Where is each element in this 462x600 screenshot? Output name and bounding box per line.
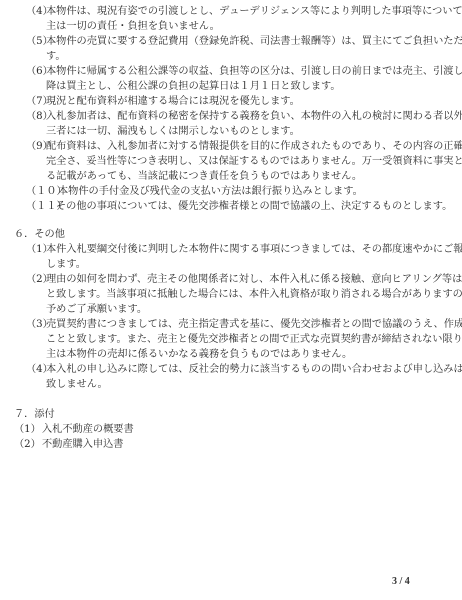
- item-text: ことと致します。また、売主と優先交渉権者との間で正式な売買契約書が締結されない限…: [46, 334, 462, 346]
- item-number: （1）: [14, 424, 41, 436]
- item-text: します。: [46, 259, 86, 271]
- item-text: 本入札の申し込みに際しては、反社会的勢力に該当するものの問い合わせおよび申し込み…: [46, 364, 462, 376]
- item-text: 理由の如何を問わず、売主その他関係者に対し、本件入札に係る接触、意向ヒアリング等…: [46, 274, 462, 286]
- item-text: 本物件に帰属する公租公課等の収益、負担等の区分は、引渡し日の前日までは売主、引渡…: [46, 66, 462, 78]
- item-text: 三者には一切、漏洩もしくは開示しないものとします。: [46, 126, 300, 138]
- item-number: （2）: [14, 439, 41, 451]
- item-text: 本件入札要綱交付後に判明した本物件に関する事項につきましては、その都度速やかにご…: [46, 244, 462, 256]
- item-text: る記載があっても、当該記載につき責任を負うものではありません。: [46, 171, 362, 183]
- attachment-item: 不動産購入申込書: [42, 439, 124, 451]
- attachment-item: 入札不動産の概要書: [42, 424, 134, 436]
- section-heading: ７．添付: [14, 409, 55, 421]
- item-text: 致しません。: [46, 379, 108, 391]
- item-text: 配布資料は、入札参加者に対する情報提供を目的に作成されたものであり、その内容の正…: [46, 141, 462, 153]
- page-number: 3 / 4: [392, 576, 410, 587]
- item-text: 主は本物件の売却に係るいかなる義務を負うものではありません。: [46, 349, 352, 361]
- item-text: 本物件は、現況有姿での引渡しとし、デューデリジェンス等により判明した事項等につい…: [46, 6, 462, 18]
- item-text: その他の事項については、優先交渉権者様との間で協議の上、決定するものとします。: [56, 201, 452, 213]
- item-text: 本物件の売買に要する登記費用（登録免許税、司法書士報酬等）は、買主にてご負担いた…: [46, 36, 462, 48]
- document-page: （4） 本物件は、現況有姿での引渡しとし、デューデリジェンス等により判明した事項…: [0, 0, 462, 600]
- item-text: と致します。当該事項に抵触した場合には、本件入札資格が取り消される場合があります…: [46, 289, 462, 301]
- item-text: 予めご了承願います。: [46, 304, 147, 316]
- item-text: す。: [46, 51, 66, 63]
- item-text: 主は一切の責任・負担を負いません。: [46, 21, 220, 33]
- item-text: 本物件の手付金及び残代金の支払い方法は銀行振り込みとします。: [58, 186, 363, 198]
- item-text: 完全さ、妥当性等につき表明し、又は保証するものではありません。万一受領資料に事実…: [46, 156, 462, 168]
- item-text: 入札参加者は、配布資料の秘密を保持する義務を負い、本物件の入札の検討に関わる者以…: [46, 111, 462, 123]
- item-text: 売買契約書につきましては、売主指定書式を基に、優先交渉権者との間で協議のうえ、作…: [46, 319, 462, 331]
- item-text: 現況と配布資料が相違する場合には現況を優先します。: [46, 96, 300, 108]
- item-text: 降は買主とし、公租公課の負担の起算日は１月１日と致します。: [46, 81, 341, 93]
- section-heading: ６．その他: [14, 229, 65, 241]
